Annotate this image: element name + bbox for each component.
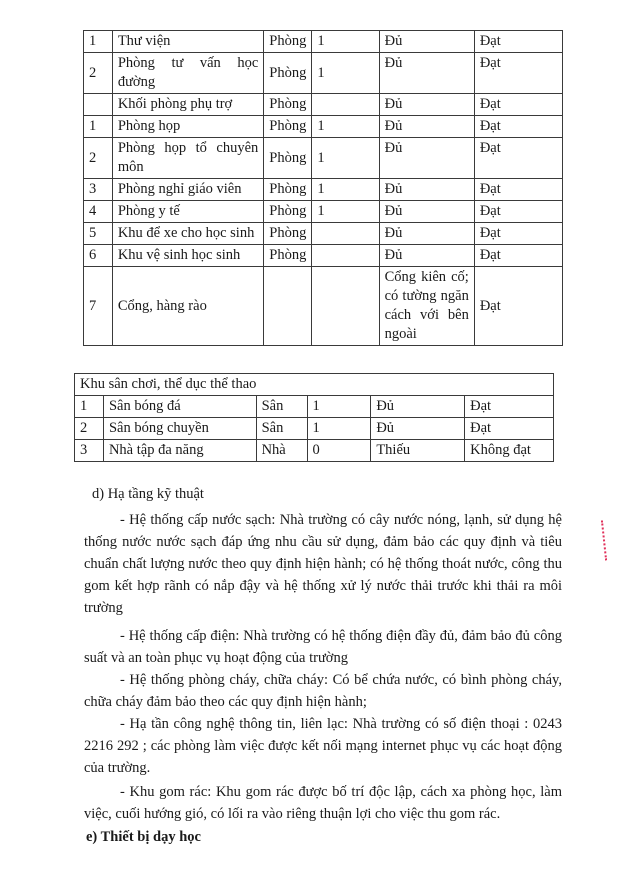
quantity-cell: 1 (307, 418, 371, 440)
row-number: 5 (84, 223, 113, 245)
paragraph-water-supply: - Hệ thống cấp nước sạch: Nhà trường có … (84, 509, 562, 619)
status-cell: Đủ (379, 31, 474, 53)
result-cell: Đạt (474, 267, 562, 346)
facility-name: Phòng họp (112, 116, 263, 138)
unit-cell (264, 267, 312, 346)
facility-name: Khối phòng phụ trợ (112, 94, 263, 116)
unit-cell: Phòng (264, 223, 312, 245)
result-cell: Đạt (465, 418, 554, 440)
table-row: Khối phòng phụ trợ Phòng Đủ Đạt (84, 94, 563, 116)
status-cell: Đủ (379, 223, 474, 245)
quantity-cell (312, 223, 379, 245)
unit-cell: Phòng (264, 116, 312, 138)
section-title: Khu sân chơi, thể dục thể thao (75, 374, 554, 396)
section-e-heading: e) Thiết bị dạy học (86, 829, 201, 846)
paragraph-waste-collection: - Khu gom rác: Khu gom rác được bố trí đ… (84, 781, 562, 825)
unit-cell: Phòng (264, 201, 312, 223)
table-row: 6 Khu vệ sinh học sinh Phòng Đủ Đạt (84, 245, 563, 267)
row-number: 3 (75, 440, 104, 462)
row-number: 2 (75, 418, 104, 440)
row-number: 2 (84, 53, 113, 94)
row-number: 1 (84, 116, 113, 138)
facility-name: Phòng họp tổ chuyên môn (112, 138, 263, 179)
facilities-table: 1 Thư viện Phòng 1 Đủ Đạt 2 Phòng tư vấn… (83, 30, 563, 346)
paragraph-it-infrastructure: - Hạ tần công nghệ thông tin, liên lạc: … (84, 713, 562, 779)
sports-table: Khu sân chơi, thể dục thể thao 1 Sân bón… (74, 373, 554, 462)
table-row: 2 Phòng họp tổ chuyên môn Phòng 1 Đủ Đạt (84, 138, 563, 179)
result-cell: Đạt (474, 179, 562, 201)
status-cell: Đủ (379, 53, 474, 94)
result-cell: Đạt (474, 53, 562, 94)
result-cell: Đạt (474, 116, 562, 138)
row-number: 6 (84, 245, 113, 267)
red-stamp-mark (601, 520, 615, 561)
facility-name: Cổng, hàng rào (112, 267, 263, 346)
section-d-heading: d) Hạ tầng kỹ thuật (92, 486, 204, 503)
row-number (84, 94, 113, 116)
table-row: 4 Phòng y tế Phòng 1 Đủ Đạt (84, 201, 563, 223)
paragraph-electricity: - Hệ thống cấp điện: Nhà trường có hệ th… (84, 625, 562, 669)
result-cell: Không đạt (465, 440, 554, 462)
status-cell: Đủ (379, 201, 474, 223)
quantity-cell: 1 (312, 138, 379, 179)
quantity-cell: 0 (307, 440, 371, 462)
result-cell: Đạt (474, 223, 562, 245)
result-cell: Đạt (474, 94, 562, 116)
table-row: 1 Thư viện Phòng 1 Đủ Đạt (84, 31, 563, 53)
quantity-cell: 1 (312, 201, 379, 223)
paragraph-fire-safety: - Hệ thống phòng cháy, chữa cháy: Có bể … (84, 669, 562, 713)
table-row: 7 Cổng, hàng rào Cổng kiên cố; có tường … (84, 267, 563, 346)
result-cell: Đạt (474, 138, 562, 179)
status-cell: Đủ (379, 94, 474, 116)
table-row: 2 Sân bóng chuyền Sân 1 Đủ Đạt (75, 418, 554, 440)
row-number: 1 (75, 396, 104, 418)
quantity-cell (312, 245, 379, 267)
facility-name: Sân bóng đá (103, 396, 256, 418)
facility-name: Sân bóng chuyền (103, 418, 256, 440)
row-number: 2 (84, 138, 113, 179)
table-row: 5 Khu để xe cho học sinh Phòng Đủ Đạt (84, 223, 563, 245)
row-number: 3 (84, 179, 113, 201)
table-row: 2 Phòng tư vấn học đường Phòng 1 Đủ Đạt (84, 53, 563, 94)
status-cell: Đủ (379, 245, 474, 267)
unit-cell: Nhà (256, 440, 307, 462)
unit-cell: Phòng (264, 53, 312, 94)
quantity-cell (312, 94, 379, 116)
result-cell: Đạt (474, 31, 562, 53)
unit-cell: Sân (256, 396, 307, 418)
unit-cell: Phòng (264, 138, 312, 179)
row-number: 7 (84, 267, 113, 346)
result-cell: Đạt (474, 245, 562, 267)
facility-name: Thư viện (112, 31, 263, 53)
table-row: 3 Nhà tập đa năng Nhà 0 Thiếu Không đạt (75, 440, 554, 462)
table-row: 3 Phòng nghỉ giáo viên Phòng 1 Đủ Đạt (84, 179, 563, 201)
quantity-cell: 1 (312, 53, 379, 94)
unit-cell: Phòng (264, 94, 312, 116)
result-cell: Đạt (474, 201, 562, 223)
facility-name: Phòng y tế (112, 201, 263, 223)
facility-name: Phòng tư vấn học đường (112, 53, 263, 94)
quantity-cell: 1 (312, 179, 379, 201)
unit-cell: Sân (256, 418, 307, 440)
status-cell: Cổng kiên cố; có tường ngăn cách với bên… (379, 267, 474, 346)
status-cell: Đủ (379, 138, 474, 179)
status-cell: Đủ (379, 116, 474, 138)
status-cell: Thiếu (371, 440, 465, 462)
row-number: 1 (84, 31, 113, 53)
status-cell: Đủ (371, 418, 465, 440)
status-cell: Đủ (371, 396, 465, 418)
quantity-cell: 1 (307, 396, 371, 418)
row-number: 4 (84, 201, 113, 223)
facility-name: Phòng nghỉ giáo viên (112, 179, 263, 201)
unit-cell: Phòng (264, 31, 312, 53)
document-page: 1 Thư viện Phòng 1 Đủ Đạt 2 Phòng tư vấn… (0, 0, 624, 877)
result-cell: Đạt (465, 396, 554, 418)
unit-cell: Phòng (264, 245, 312, 267)
table-row: 1 Phòng họp Phòng 1 Đủ Đạt (84, 116, 563, 138)
section-title-row: Khu sân chơi, thể dục thể thao (75, 374, 554, 396)
facility-name: Khu vệ sinh học sinh (112, 245, 263, 267)
quantity-cell: 1 (312, 31, 379, 53)
facility-name: Nhà tập đa năng (103, 440, 256, 462)
quantity-cell: 1 (312, 116, 379, 138)
facility-name: Khu để xe cho học sinh (112, 223, 263, 245)
quantity-cell (312, 267, 379, 346)
unit-cell: Phòng (264, 179, 312, 201)
table-row: 1 Sân bóng đá Sân 1 Đủ Đạt (75, 396, 554, 418)
status-cell: Đủ (379, 179, 474, 201)
